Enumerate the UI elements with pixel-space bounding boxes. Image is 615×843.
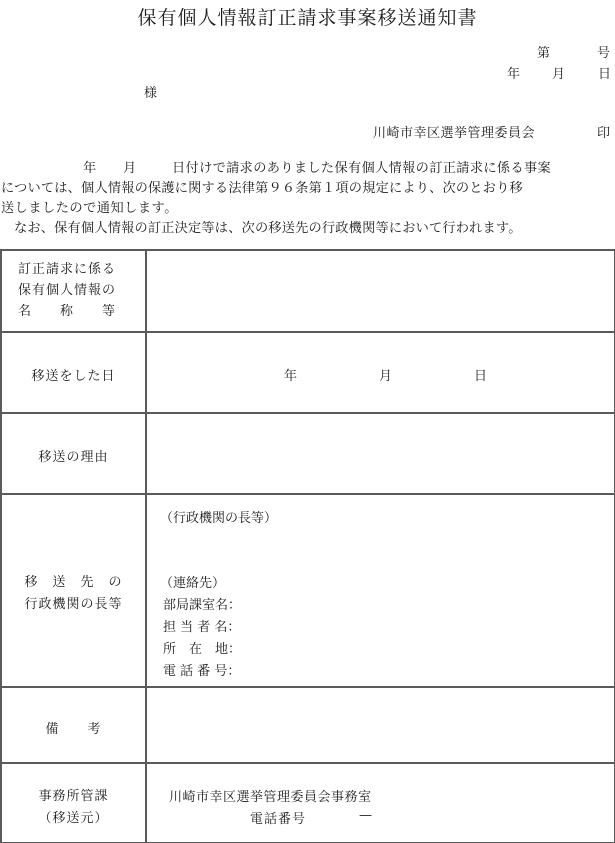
body-year: 年 (83, 157, 97, 176)
table-row-remarks: 備 考 (2, 686, 614, 762)
contact-person: 担 当 者 名： (160, 617, 241, 639)
contact-address: 所 在 地： (160, 639, 241, 661)
body-line-2: については、個人情報の保護に関する法律第９６条第１項の規定により、次のとおり移 (1, 177, 523, 196)
date-month: 月 (552, 63, 565, 82)
body-line-3: 送しましたので通知します。 (1, 197, 178, 216)
table-row-info-name: 訂正請求に係る 保有個人情報の 名 称 等 (2, 251, 614, 331)
destination-contact: （連絡先） 部局課室名： 担 当 者 名： 所 在 地： 電 話 番 号： (160, 573, 241, 683)
transfer-date-year: 年 (284, 365, 297, 384)
transfer-table: 訂正請求に係る 保有個人情報の 名 称 等 移送をした日 年 月 日 移送の理由… (0, 249, 615, 843)
date-year: 年 (507, 63, 520, 82)
contact-phone: 電 話 番 号： (160, 661, 241, 683)
body-line-4: なお、保有個人情報の訂正決定等は、次の移送先の行政機関等において行われます。 (14, 217, 522, 236)
label-remarks: 備 考 (2, 718, 145, 737)
table-row-origin-office: 事務所管課 （移送元） 川崎市幸区選挙管理委員会事務室 電話番号 — (2, 762, 614, 842)
label-transfer-reason: 移送の理由 (2, 446, 145, 465)
destination-head-note: （行政機関の長等） (160, 507, 277, 526)
addressee-suffix: 様 (144, 82, 157, 101)
table-row-transfer-reason: 移送の理由 (2, 412, 614, 493)
number-prefix: 第 (537, 42, 550, 61)
date-day: 日 (598, 63, 611, 82)
body-line-1: 日付けで請求のありました保有個人情報の訂正請求に係る事案 (172, 157, 551, 176)
origin-phone-label: 電話番号 (250, 808, 306, 827)
label-info-name: 訂正請求に係る 保有個人情報の 名 称 等 (18, 259, 133, 322)
table-row-transfer-date: 移送をした日 年 月 日 (2, 331, 614, 412)
document-title: 保有個人情報訂正請求事案移送通知書 (0, 3, 615, 30)
transfer-date-month: 月 (379, 365, 392, 384)
transfer-date-day: 日 (474, 365, 487, 384)
label-destination: 移 送 先 の 行政機関の長等 (2, 572, 145, 616)
table-row-destination: 移 送 先 の 行政機関の長等 （行政機関の長等） （連絡先） 部局課室名： 担… (2, 493, 614, 686)
body-month: 月 (123, 157, 137, 176)
origin-office-name: 川崎市幸区選挙管理委員会事務室 (169, 786, 372, 805)
sender-name: 川崎市幸区選挙管理委員会 (373, 122, 535, 141)
number-suffix: 号 (597, 42, 610, 61)
label-transfer-date: 移送をした日 (2, 365, 145, 384)
origin-phone-dash: — (359, 808, 372, 823)
seal-mark: 印 (597, 122, 610, 141)
label-origin-office: 事務所管課 （移送元） (2, 786, 145, 830)
contact-dept: 部局課室名： (160, 595, 241, 617)
